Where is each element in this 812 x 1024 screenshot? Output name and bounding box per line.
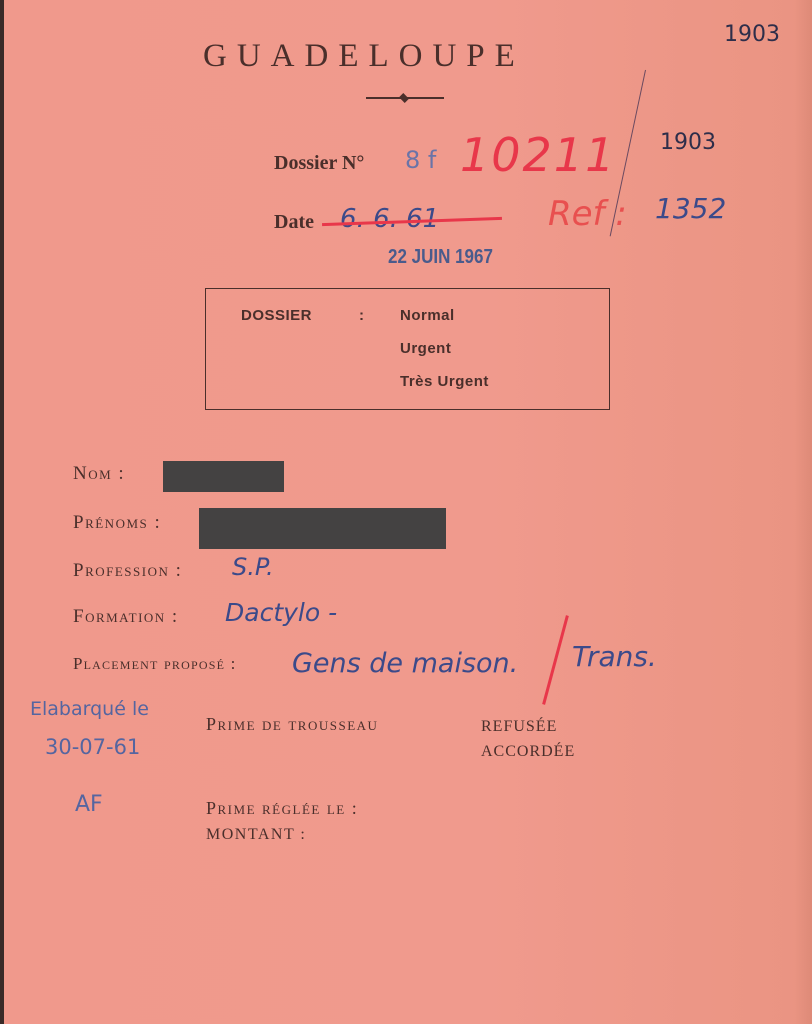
nom-redaction [163,461,284,492]
dossier-number-label: Dossier N° [274,152,364,175]
dossier-number-value: 10211 [460,128,616,182]
date-stamp: 22 JUIN 1967 [388,246,493,269]
profession-label: Profession : [73,560,182,582]
placement-extra: Trans. [572,640,657,673]
annotation-1903-top: 1903 [724,22,780,47]
placement-value: Gens de maison. [292,648,518,679]
placement-label: Placement proposé : [73,654,237,674]
profession-value: S.P. [232,553,274,581]
prime-reglee-label: Prime réglée le : [206,798,358,819]
date-label: Date [274,211,314,234]
prenoms-redaction [199,508,446,549]
formation-label: Formation : [73,606,179,628]
margin-note-line1: Elabarqué le [30,698,149,720]
formation-value: Dactylo - [225,598,337,627]
margin-note-initials: AF [75,792,103,817]
prime-trousseau-label: Prime de trousseau [206,714,378,735]
placement-red-slash [542,615,569,705]
urgency-box: DOSSIER : Normal Urgent Très Urgent [205,288,610,410]
nom-label: Nom : [73,463,125,485]
urgency-box-colon: : [359,307,365,324]
prenoms-label: Prénoms : [73,512,161,534]
dossier-cover-page: 1903 GUADELOUPE Dossier N° 8 f 10211 190… [0,0,812,1024]
prime-option-accordee: ACCORDÉE [481,743,575,761]
title-ornament-diamond [399,93,409,103]
page-title: GUADELOUPE [203,38,525,75]
prime-option-refusee: REFUSÉE [481,718,557,736]
urgency-box-label: DOSSIER [241,307,312,324]
page-right-fold [794,0,812,1024]
ref-label: Ref : [548,194,627,234]
dossier-prefix: 8 f [405,146,436,174]
ref-number: 1352 [655,192,726,225]
urgency-option-urgent: Urgent [400,340,451,357]
page-left-edge [0,0,4,1024]
urgency-option-tres-urgent: Très Urgent [400,373,489,390]
annotation-1903-mid: 1903 [660,130,716,155]
margin-note-line2: 30-07-61 [45,735,140,759]
montant-label: MONTANT : [206,826,306,844]
urgency-option-normal: Normal [400,307,455,324]
